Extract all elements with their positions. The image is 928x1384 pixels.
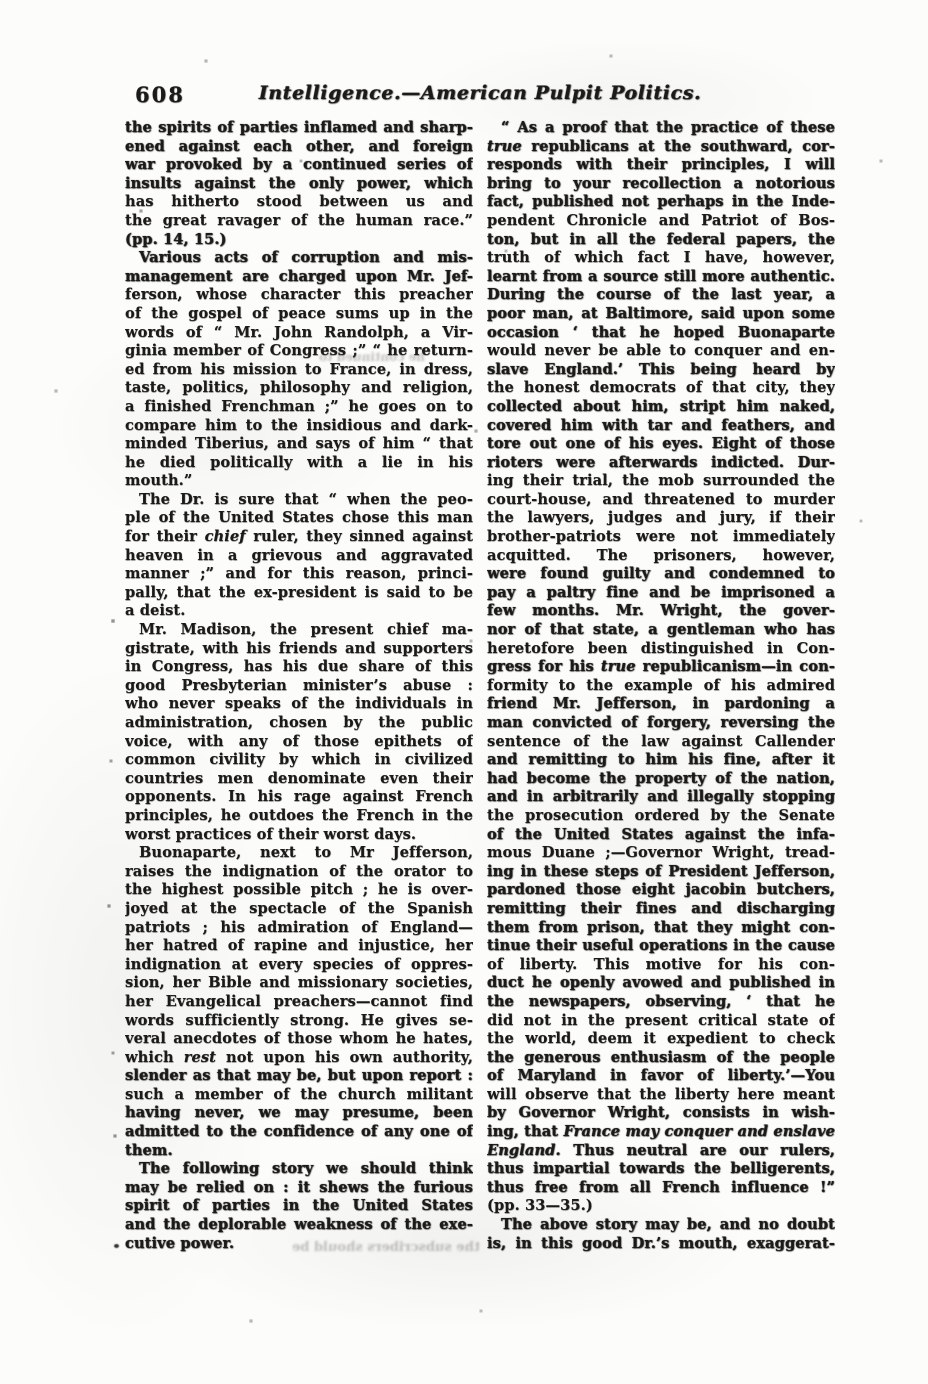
text-line: slave England.’ This being heard by (487, 361, 835, 380)
text-line: a finished Frenchman ;” he goes on to (125, 398, 473, 417)
text-line: ing, that France may conquer and enslave (487, 1123, 835, 1142)
text-line: the honest democrats of that city, they (487, 379, 835, 398)
column-left: the spirits of parties inflamed and shar… (125, 119, 473, 1253)
text-line: would never be able to conquer and en- (487, 342, 835, 361)
bleed-through-text: he continued to (255, 350, 425, 364)
text-line: by Governor Wright, consists in wish- (487, 1104, 835, 1123)
text-line: duct he openly avowed and published in (487, 974, 835, 993)
text-line: and remitting to him his fine, after it (487, 751, 835, 770)
text-line: The Dr. is sure that “ when the peo- (125, 491, 473, 510)
text-line: court-house, and threatened to murder (487, 491, 835, 510)
text-line: voice, with any of those epithets of (125, 733, 473, 752)
text-line: fact, published not perhaps in the Inde- (487, 193, 835, 212)
text-line: a deist. (125, 602, 473, 621)
text-line: in Congress, has his due share of this (125, 658, 473, 677)
text-line: heaven in a grievous and aggravated (125, 547, 473, 566)
text-line: who never speaks of the individuals in (125, 695, 473, 714)
text-line: gress for his true republicanism—in con- (487, 658, 835, 677)
text-line: them. (125, 1142, 473, 1161)
text-line: such a member of the church militant (125, 1086, 473, 1105)
text-line: The following story we should think (125, 1160, 473, 1179)
ink-speck (114, 1244, 119, 1248)
text-line: will observe that the liberty here meant (487, 1086, 835, 1105)
column-right: “ As a proof that the practice of theset… (487, 119, 835, 1253)
text-line: had become the property of the nation, (487, 770, 835, 789)
text-line: friend Mr. Jefferson, in pardoning a (487, 695, 835, 714)
text-line: compare him to the insidious and dark- (125, 417, 473, 436)
text-line: of liberty. This motive for his con- (487, 956, 835, 975)
text-line: he died politically with a lie in his (125, 454, 473, 473)
text-line: admitted to the confidence of any one of (125, 1123, 473, 1142)
text-line: tore out one of his eyes. Eight of those (487, 435, 835, 454)
text-line: management are charged upon Mr. Jef- (125, 268, 473, 287)
text-line: countries men denominate even their (125, 770, 473, 789)
text-line: true republicans at the southward, cor- (487, 138, 835, 157)
text-line: and the deplorable weakness of the exe- (125, 1216, 473, 1235)
text-line: thus free from all French influence !” (487, 1179, 835, 1198)
text-line: ferson, whose character this preacher (125, 286, 473, 305)
text-line: the prosecution ordered by the Senate (487, 807, 835, 826)
text-line: few months. Mr. Wright, the gover- (487, 602, 835, 621)
text-line: mouth.” (125, 472, 473, 491)
text-line: for their chief ruler, they sinned again… (125, 528, 473, 547)
text-line: ing their trial, the mob surrounded the (487, 472, 835, 491)
page-title: Intelligence.—American Pulpit Politics. (125, 82, 835, 104)
text-line: ton, but in all the federal papers, the (487, 231, 835, 250)
text-line: heretofore been distinguished in Con- (487, 640, 835, 659)
text-line: rioters were afterwards indicted. Dur- (487, 454, 835, 473)
text-line: is, in this good Dr.’s mouth, exaggerat- (487, 1235, 835, 1254)
text-line: her Evangelical preachers—cannot find (125, 993, 473, 1012)
text-line: mous Duane ;—Governor Wright, tread- (487, 844, 835, 863)
text-line: principles, he outdoes the French in the (125, 807, 473, 826)
text-line: taste, politics, philosophy and religion… (125, 379, 473, 398)
text-line: spirit of parties in the United States (125, 1197, 473, 1216)
text-line: learnt from a source still more authenti… (487, 268, 835, 287)
text-line: the great ravager of the human race.” (125, 212, 473, 231)
text-line: responds with their principles, I will (487, 156, 835, 175)
text-line: minded Tiberius, and says of him “ that (125, 435, 473, 454)
text-line: covered him with tar and feathers, and (487, 417, 835, 436)
text-line: the generous enthusiasm of the people (487, 1049, 835, 1068)
text-line: having never, we may presume, been (125, 1104, 473, 1123)
text-line: tinue their useful operations in the cau… (487, 937, 835, 956)
text-line: formity to the example of his admired (487, 677, 835, 696)
text-line: veral anecdotes of those whom he hates, (125, 1030, 473, 1049)
text-line: pendent Chronicle and Patriot of Bos- (487, 212, 835, 231)
text-line: pay a paltry fine and be imprisoned a (487, 584, 835, 603)
text-line: The above story may be, and no doubt (487, 1216, 835, 1235)
text-line: collected about him, stript him naked, (487, 398, 835, 417)
text-line: the lawyers, judges and jury, if their (487, 509, 835, 528)
text-line: (pp. 14, 15.) (125, 231, 473, 250)
text-line: administration, chosen by the public (125, 714, 473, 733)
text-line: Buonaparte, next to Mr Jefferson, (125, 844, 473, 863)
text-line: man convicted of forgery, reversing the (487, 714, 835, 733)
text-line: sion, her Bible and missionary societies… (125, 974, 473, 993)
text-line: acquitted. The prisoners, however, (487, 547, 835, 566)
text-line: England. Thus neutral are our rulers, (487, 1142, 835, 1161)
text-line: During the course of the last year, a (487, 286, 835, 305)
text-line: her hatred of rapine and injustice, her (125, 937, 473, 956)
text-line: which rest not upon his own authority, (125, 1049, 473, 1068)
text-line: manner ;” and for this reason, princi- (125, 565, 473, 584)
text-line: worst practices of their worst days. (125, 826, 473, 845)
text-line: pardoned those eight jacobin butchers, (487, 881, 835, 900)
text-line: bring to your recollection a notorious (487, 175, 835, 194)
text-line: were found guilty and condemned to (487, 565, 835, 584)
text-line: pally, that the ex-president is said to … (125, 584, 473, 603)
text-line: has hitherto stood between us and (125, 193, 473, 212)
text-line: gistrate, with his friends and supporter… (125, 640, 473, 659)
text-line: ple of the United States chose this man (125, 509, 473, 528)
page: 608 Intelligence.—American Pulpit Politi… (0, 0, 928, 1384)
text-line: may be relied on : it shews the furious (125, 1179, 473, 1198)
text-line: words sufficiently strong. He gives se- (125, 1012, 473, 1031)
text-line: opponents. In his rage against French (125, 788, 473, 807)
bleed-through-text: the subscribers should be (245, 1240, 480, 1255)
text-line: truth of which fact I have, however, (487, 249, 835, 268)
text-line: joyed at the spectacle of the Spanish (125, 900, 473, 919)
text-line: Mr. Madison, the present chief ma- (125, 621, 473, 640)
text-line: of the gospel of peace sums up in the (125, 305, 473, 324)
text-line: nor of that state, a gentleman who has (487, 621, 835, 640)
text-line: the spirits of parties inflamed and shar… (125, 119, 473, 138)
text-line: insults against the only power, which (125, 175, 473, 194)
text-line: patriots ; his admiration of England— (125, 919, 473, 938)
text-line: the world, deem it expedient to check (487, 1030, 835, 1049)
text-line: Various acts of corruption and mis- (125, 249, 473, 268)
text-line: poor man, at Baltimore, said upon some (487, 305, 835, 324)
text-line: the highest possible pitch ; he is over- (125, 881, 473, 900)
text-line: thus impartial towards the belligerents, (487, 1160, 835, 1179)
text-line: of Maryland in favor of liberty.’—You (487, 1067, 835, 1086)
text-line: and in arbitrarily and illegally stoppin… (487, 788, 835, 807)
text-line: words of “ Mr. John Randolph, a Vir- (125, 324, 473, 343)
text-line: remitting their fines and discharging (487, 900, 835, 919)
scan-noise (0, 0, 2, 2)
page-header: 608 Intelligence.—American Pulpit Politi… (125, 82, 835, 108)
text-line: (pp. 33—35.) (487, 1197, 835, 1216)
text-line: brother-patriots were not immediately (487, 528, 835, 547)
text-line: common civility by which in civilized (125, 751, 473, 770)
text-line: did not in the present critical state of (487, 1012, 835, 1031)
text-line: them from prison, that they might con- (487, 919, 835, 938)
text-line: sentence of the law against Callender (487, 733, 835, 752)
text-line: of the United States against the infa- (487, 826, 835, 845)
text-line: “ As a proof that the practice of these (487, 119, 835, 138)
text-line: war provoked by a continued series of (125, 156, 473, 175)
text-line: raises the indignation of the orator to (125, 863, 473, 882)
text-line: indignation at every species of oppres- (125, 956, 473, 975)
text-line: good Presbyterian minister’s abuse : (125, 677, 473, 696)
text-line: occasion ‘ that he hoped Buonaparte (487, 324, 835, 343)
text-line: ing in these steps of President Jefferso… (487, 863, 835, 882)
text-line: ened against each other, and foreign (125, 138, 473, 157)
text-line: slender as that may be, but upon report … (125, 1067, 473, 1086)
text-line: the newspapers, observing, ‘ that he (487, 993, 835, 1012)
